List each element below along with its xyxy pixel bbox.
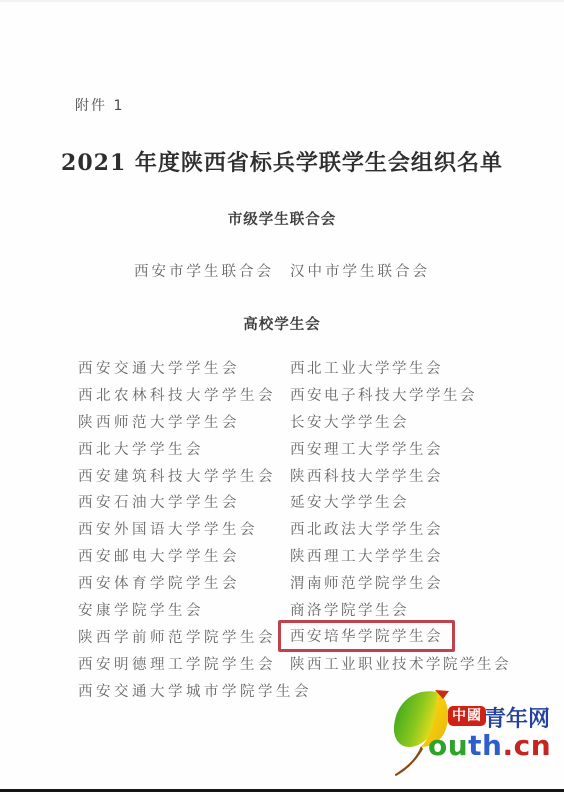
document-title: 2021 年度陕西省标兵学联学生会组织名单 [0, 146, 564, 177]
university-union-name: 陕西工业职业技术学院学生会 [290, 653, 511, 674]
table-row: 陕西师范大学学生会 长安大学学生会 [78, 408, 554, 435]
section-heading-university-unions: 高校学生会 [0, 313, 564, 334]
bottom-border-line [0, 789, 564, 792]
university-union-name: 西北工业大学学生会 [290, 357, 443, 378]
youth-cn-watermark-logo: 中國 青年网 outh.cn [391, 689, 561, 779]
table-row: 西安体育学院学生会 渭南师范学院学生会 [78, 569, 554, 596]
university-union-name: 陕西学前师范学院学生会 [78, 626, 290, 647]
university-union-name: 长安大学学生会 [290, 411, 409, 432]
table-row: 西北大学学生会 西安理工大学学生会 [78, 435, 554, 462]
university-union-name: 西安外国语大学学生会 [78, 518, 290, 539]
table-row: 西安建筑科技大学学生会 陕西科技大学学生会 [78, 462, 554, 489]
scanned-document-page: 附件 1 2021 年度陕西省标兵学联学生会组织名单 市级学生联合会 西安市学生… [0, 0, 564, 795]
university-union-list: 西安交通大学学生会 西北工业大学学生会 西北农林科技大学学生会 西安电子科技大学… [78, 354, 554, 704]
university-union-name: 西安建筑科技大学学生会 [78, 465, 290, 486]
university-union-name: 西安电子科技大学学生会 [290, 384, 477, 405]
table-row: 西安外国语大学学生会 西北政法大学学生会 [78, 515, 554, 542]
red-highlight-box: 西安培华学院学生会 [278, 620, 455, 652]
university-union-name: 西北政法大学学生会 [290, 518, 443, 539]
university-union-name: 商洛学院学生会 [290, 599, 409, 620]
university-union-name: 延安大学学生会 [290, 491, 409, 512]
university-union-name: 西安邮电大学学生会 [78, 545, 290, 566]
attachment-label: 附件 1 [75, 95, 124, 115]
table-row: 西北农林科技大学学生会 西安电子科技大学学生会 [78, 381, 554, 408]
university-union-name: 西安体育学院学生会 [78, 572, 290, 593]
university-union-name: 陕西师范大学学生会 [78, 411, 290, 432]
university-union-name: 陕西理工大学学生会 [290, 545, 443, 566]
university-union-name: 渭南师范学院学生会 [290, 572, 443, 593]
highlighted-university-union: 西安培华学院学生会 [290, 620, 455, 652]
city-federation-item: 西安市学生联合会 [134, 260, 274, 281]
city-federation-list: 西安市学生联合会 汉中市学生联合会 [0, 260, 564, 281]
table-row: 西安明德理工学院学生会 陕西工业职业技术学院学生会 [78, 650, 554, 677]
city-federation-item: 汉中市学生联合会 [290, 260, 430, 281]
domain-part-green: ou [428, 729, 468, 762]
domain-part-blue: th [468, 729, 502, 762]
china-badge: 中國 [448, 706, 486, 726]
table-row: 西安邮电大学学生会 陕西理工大学学生会 [78, 542, 554, 569]
university-union-name: 安康学院学生会 [78, 599, 290, 620]
site-domain-text: outh.cn [428, 729, 551, 762]
university-union-name: 西安培华学院学生会 [290, 629, 443, 645]
section-heading-city-federations: 市级学生联合会 [0, 208, 564, 229]
university-union-name: 西安理工大学学生会 [290, 438, 443, 459]
university-union-name: 西北农林科技大学学生会 [78, 384, 290, 405]
university-union-name: 陕西科技大学学生会 [290, 465, 443, 486]
university-union-name: 西安交通大学城市学院学生会 [78, 680, 290, 701]
table-row: 安康学院学生会 商洛学院学生会 [78, 596, 554, 623]
university-union-name: 西安明德理工学院学生会 [78, 653, 290, 674]
university-union-name: 西安石油大学学生会 [78, 491, 290, 512]
university-union-name: 西北大学学生会 [78, 438, 290, 459]
table-row: 陕西学前师范学院学生会 西安培华学院学生会 [78, 623, 554, 650]
domain-part-red: .cn [503, 729, 552, 762]
university-union-name: 西安交通大学学生会 [78, 357, 290, 378]
table-row: 西安交通大学学生会 西北工业大学学生会 [78, 354, 554, 381]
table-row: 西安石油大学学生会 延安大学学生会 [78, 488, 554, 515]
